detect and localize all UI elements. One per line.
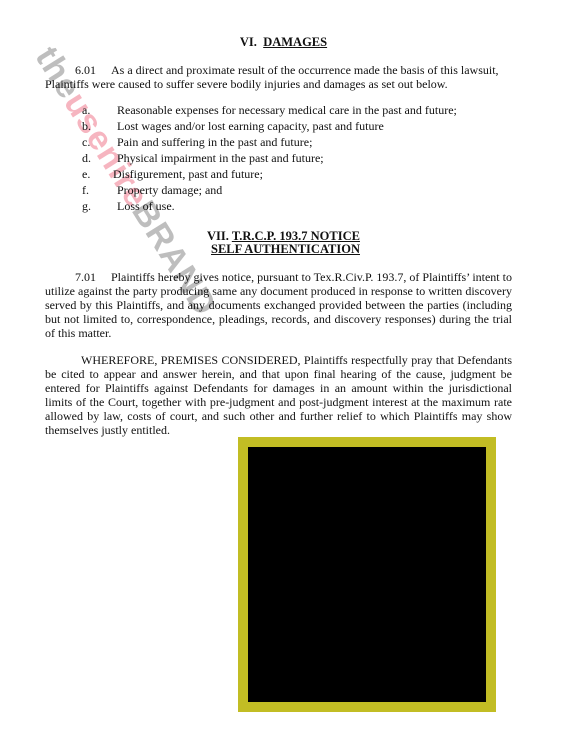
list-item-letter: b. xyxy=(82,119,91,133)
section-6-title: DAMAGES xyxy=(263,35,327,49)
prayer-paragraph: WHEREFORE, PREMISES CONSIDERED, Plaintif… xyxy=(45,354,512,437)
paragraph-6-01-number: 6.01 xyxy=(45,64,111,78)
list-item-text: Lost wages and/or lost earning capacity,… xyxy=(117,119,384,133)
list-item-text: Disfigurement, past and future; xyxy=(113,167,263,181)
section-7-number: VII. xyxy=(207,229,229,243)
section-6-number: VI. xyxy=(240,35,257,49)
redaction-box xyxy=(238,437,496,712)
list-item-letter: c. xyxy=(82,135,90,149)
list-item-text: Loss of use. xyxy=(117,199,175,213)
list-item-letter: d. xyxy=(82,151,91,165)
list-item-text: Pain and suffering in the past and futur… xyxy=(117,135,312,149)
document-page: theusenireBRAND VI. DAMAGES 6.01As a dir… xyxy=(0,0,567,730)
paragraph-6-01: 6.01As a direct and proximate result of … xyxy=(45,64,512,92)
section-7-title-line1: T.R.C.P. 193.7 NOTICE xyxy=(232,229,360,243)
list-item-text: Physical impairment in the past and futu… xyxy=(117,151,324,165)
section-6-heading: VI. DAMAGES xyxy=(0,36,567,49)
list-item-letter: g. xyxy=(82,199,91,213)
paragraph-6-01-line1: As a direct and proximate result of the … xyxy=(111,63,499,77)
list-item-letter: a. xyxy=(82,103,90,117)
prayer-text: WHEREFORE, PREMISES CONSIDERED, Plaintif… xyxy=(45,353,512,437)
section-7-heading: VII. T.R.C.P. 193.7 NOTICE SELF AUTHENTI… xyxy=(0,230,567,256)
list-item-letter: f. xyxy=(82,183,89,197)
paragraph-7-01: 7.01Plaintiffs hereby gives notice, purs… xyxy=(45,271,512,341)
section-7-title-line2: SELF AUTHENTICATION xyxy=(211,242,360,256)
list-item-text: Reasonable expenses for necessary medica… xyxy=(117,103,457,117)
paragraph-6-01-line2: Plaintiffs were caused to suffer severe … xyxy=(45,78,512,92)
paragraph-7-01-text: Plaintiffs hereby gives notice, pursuant… xyxy=(45,270,512,340)
list-item-letter: e. xyxy=(82,167,90,181)
list-item-text: Property damage; and xyxy=(117,183,222,197)
paragraph-7-01-number: 7.01 xyxy=(45,271,111,285)
